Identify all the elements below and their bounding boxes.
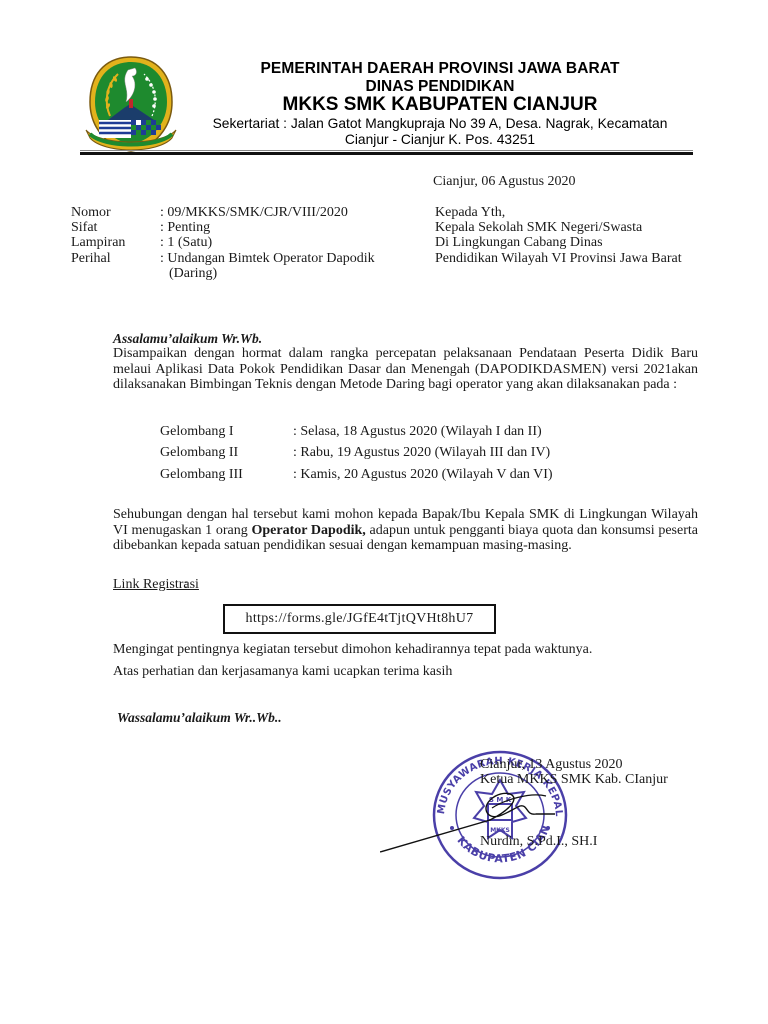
- letterhead-divider-thin: [80, 150, 693, 151]
- signature-scribble-icon: [380, 770, 580, 870]
- paragraph-request-emphasis: Operator Dapodik,: [251, 523, 365, 538]
- letterhead-address: Sekertariat : Jalan Gatot Mangkupraja No…: [180, 116, 700, 131]
- paragraph-intro: Disampaikan dengan hormat dalam rangka p…: [113, 346, 698, 393]
- letterhead-divider-thick: [80, 152, 693, 155]
- meta-value-nomor: : 09/MKKS/SMK/CJR/VIII/2020: [160, 205, 348, 221]
- paragraph-request: Sehubungan dengan hal tersebut kami moho…: [113, 507, 698, 554]
- schedule-row: Gelombang II : Rabu, 19 Agustus 2020 (Wi…: [160, 445, 600, 465]
- recipient-line: Kepada Yth,: [435, 205, 505, 221]
- link-registration-colon: :: [184, 577, 188, 593]
- schedule-detail: : Selasa, 18 Agustus 2020 (Wilayah I dan…: [293, 424, 542, 440]
- signatory-name: Nurdin, S.Pd.I., SH.I: [480, 834, 597, 850]
- meta-value-sifat: : Penting: [160, 220, 210, 236]
- recipient-line: Kepala Sekolah SMK Negeri/Swasta: [435, 220, 642, 236]
- meta-label-sifat: Sifat: [71, 220, 97, 236]
- recipient-line: Di Lingkungan Cabang Dinas: [435, 235, 603, 251]
- letter-date: Cianjur, 06 Agustus 2020: [433, 174, 576, 190]
- schedule-wave: Gelombang III: [160, 467, 243, 483]
- recipient-line: Pendidikan Wilayah VI Provinsi Jawa Bara…: [435, 251, 682, 267]
- letterhead-postal: Cianjur - Cianjur K. Pos. 43251: [180, 132, 700, 147]
- letterhead-organization: MKKS SMK KABUPATEN CIANJUR: [180, 94, 700, 116]
- schedule-wave: Gelombang I: [160, 424, 233, 440]
- schedule-row: Gelombang III : Kamis, 20 Agustus 2020 (…: [160, 467, 600, 487]
- closing-line-attendance: Mengingat pentingnya kegiatan tersebut d…: [113, 642, 592, 658]
- schedule-detail: : Rabu, 19 Agustus 2020 (Wilayah III dan…: [293, 445, 550, 461]
- meta-value-perihal-cont: (Daring): [169, 266, 217, 282]
- meta-value-lampiran: : 1 (Satu): [160, 235, 212, 251]
- meta-label-perihal: Perihal: [71, 251, 111, 267]
- meta-label-nomor: Nomor: [71, 205, 111, 221]
- jawa-barat-emblem-icon: [80, 54, 182, 154]
- registration-link[interactable]: https://forms.gle/JGfE4tTjtQVHt8hU7: [223, 604, 496, 634]
- schedule-row: Gelombang I : Selasa, 18 Agustus 2020 (W…: [160, 424, 600, 444]
- greeting: Assalamu’alaikum Wr.Wb.: [113, 331, 262, 347]
- farewell: Wassalamu’alaikum Wr..Wb..: [117, 710, 282, 726]
- schedule-detail: : Kamis, 20 Agustus 2020 (Wilayah V dan …: [293, 467, 553, 483]
- closing-line-thanks: Atas perhatian dan kerjasamanya kami uca…: [113, 664, 452, 680]
- letterhead-government: PEMERINTAH DAERAH PROVINSI JAWA BARAT: [180, 60, 700, 78]
- meta-value-perihal: : Undangan Bimtek Operator Dapodik: [160, 251, 375, 267]
- schedule-wave: Gelombang II: [160, 445, 238, 461]
- meta-label-lampiran: Lampiran: [71, 235, 125, 251]
